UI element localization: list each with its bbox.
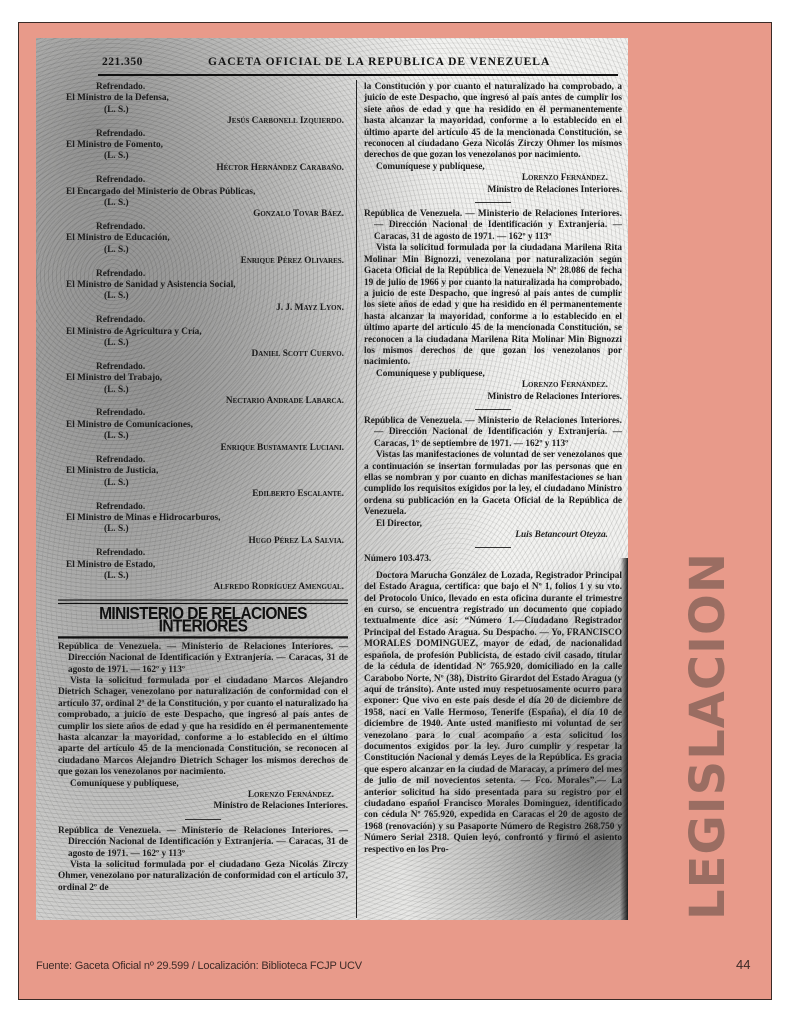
separator [475, 202, 511, 203]
refrendo-signer: Alfredo Rodríguez Amengual. [58, 582, 348, 593]
refrendo-signer: Edilberto Escalante. [58, 489, 348, 500]
gazette-page-number: 221.350 [102, 56, 143, 68]
resolution-3-signer-title: Ministro de Relaciones Interiores. [364, 392, 622, 403]
refrendo-ministry: El Ministro de Agricultura y Cría, [58, 327, 348, 338]
refrendo-signer: Nectario Andrade Labarca. [58, 396, 348, 407]
refrendo-label: Refrendado. [58, 548, 348, 559]
refrendo-block: Refrendado.El Ministro de Agricultura y … [58, 315, 348, 361]
refrendo-label: Refrendado. [58, 315, 348, 326]
refrendo-ministry: El Ministro del Trabajo, [58, 373, 348, 384]
refrendo-label: Refrendado. [58, 175, 348, 186]
refrendo-signer: Daniel Scott Cuervo. [58, 349, 348, 360]
refrendo-signer: J. J. Mayz Lyon. [58, 303, 348, 314]
resolution-1-signer: Lorenzo Fernández. [58, 790, 348, 801]
resolution-3-body: Vista la solicitud formulada por la ciud… [364, 243, 622, 368]
refrendo-signer: Hugo Pérez La Salvia. [58, 536, 348, 547]
refrendo-block: Refrendado.El Encargado del Ministerio d… [58, 175, 348, 221]
gazette-scan: 221.350 GACETA OFICIAL DE LA REPUBLICA D… [36, 38, 628, 920]
refrendo-seal: (L. S.) [58, 478, 348, 489]
refrendo-block: Refrendado.El Ministro de Estado,(L. S.)… [58, 548, 348, 594]
resolution-3-signer: Lorenzo Fernández. [364, 380, 622, 391]
resolution-3-heading: República de Venezuela. — Ministerio de … [364, 209, 622, 243]
resolution-2-heading: República de Venezuela. — Ministerio de … [58, 826, 348, 860]
refrendo-ministry: El Ministro de Educación, [58, 233, 348, 244]
resolution-1-closing: Comuníquese y publíquese, [58, 779, 348, 790]
refrendo-block: Refrendado.El Ministro de Educación,(L. … [58, 222, 348, 268]
refrendo-seal: (L. S.) [58, 291, 348, 302]
certification-body: Doctora Marucha González de Lozada, Regi… [364, 571, 622, 856]
page-number: 44 [736, 957, 750, 972]
refrendo-block: Refrendado.El Ministro de Minas e Hidroc… [58, 502, 348, 548]
refrendo-seal: (L. S.) [58, 105, 348, 116]
refrendo-ministry: El Encargado del Ministerio de Obras Púb… [58, 187, 348, 198]
resolution-3-closing: Comuníquese y publíquese, [364, 369, 622, 380]
refrendo-label: Refrendado. [58, 82, 348, 93]
left-column: Refrendado.El Ministro de la Defensa,(L.… [58, 82, 348, 894]
resolution-4-closing: El Director, [364, 519, 622, 530]
refrendo-label: Refrendado. [58, 269, 348, 280]
refrendo-block: Refrendado.El Ministro de la Defensa,(L.… [58, 82, 348, 128]
separator [475, 547, 511, 548]
resolution-1-body: Vista la solicitud formulada por el ciud… [58, 676, 348, 779]
continuation-closing: Comuníquese y publíquese, [364, 162, 622, 173]
refrendo-label: Refrendado. [58, 408, 348, 419]
separator [185, 819, 221, 820]
refrendo-ministry: El Ministro de Justicia, [58, 466, 348, 477]
separator [475, 409, 511, 410]
refrendo-ministry: El Ministro de Comunicaciones, [58, 420, 348, 431]
refrendo-signer: Jesús Carbonell Izquierdo. [58, 116, 348, 127]
gazette-header: 221.350 GACETA OFICIAL DE LA REPUBLICA D… [98, 52, 618, 76]
refrendo-label: Refrendado. [58, 222, 348, 233]
refrendo-label: Refrendado. [58, 362, 348, 373]
refrendo-label: Refrendado. [58, 455, 348, 466]
refrendo-label: Refrendado. [58, 502, 348, 513]
refrendo-signer: Héctor Hernández Carabaño. [58, 163, 348, 174]
numero-label: Número 103.473. [364, 554, 622, 565]
refrendo-block: Refrendado.El Ministro del Trabajo,(L. S… [58, 362, 348, 408]
refrendo-ministry: El Ministro de Fomento, [58, 140, 348, 151]
refrendos-list: Refrendado.El Ministro de la Defensa,(L.… [58, 82, 348, 594]
refrendo-ministry: El Ministro de Minas e Hidrocarburos, [58, 513, 348, 524]
resolution-4-body: Vistas las manifestaciones de voluntad d… [364, 450, 622, 518]
refrendo-seal: (L. S.) [58, 151, 348, 162]
refrendo-block: Refrendado.El Ministro de Sanidad y Asis… [58, 269, 348, 315]
refrendo-block: Refrendado.El Ministro de Fomento,(L. S.… [58, 129, 348, 175]
refrendo-seal: (L. S.) [58, 431, 348, 442]
resolution-1-heading: República de Venezuela. — Ministerio de … [58, 642, 348, 676]
refrendo-signer: Gonzalo Tovar Báez. [58, 209, 348, 220]
footer-source: Fuente: Gaceta Oficial nº 29.599 / Local… [36, 960, 362, 972]
refrendo-ministry: El Ministro de la Defensa, [58, 93, 348, 104]
continuation-signer-title: Ministro de Relaciones Interiores. [364, 185, 622, 196]
refrendo-ministry: El Ministro de Sanidad y Asistencia Soci… [58, 280, 348, 291]
refrendo-signer: Enrique Pérez Olivares. [58, 256, 348, 267]
scan-shadow [620, 558, 628, 920]
resolution-4-heading: República de Venezuela. — Ministerio de … [364, 416, 622, 450]
refrendo-seal: (L. S.) [58, 385, 348, 396]
refrendo-seal: (L. S.) [58, 338, 348, 349]
gazette-title: GACETA OFICIAL DE LA REPUBLICA DE VENEZU… [208, 56, 550, 68]
refrendo-block: Refrendado.El Ministro de Comunicaciones… [58, 408, 348, 454]
refrendo-seal: (L. S.) [58, 571, 348, 582]
ministry-heading: MINISTERIO DE RELACIONES INTERIORES [58, 599, 348, 638]
continuation-signer: Lorenzo Fernández. [364, 173, 622, 184]
resolution-4-signer: Luis Betancourt Oteyza. [364, 530, 622, 541]
refrendo-seal: (L. S.) [58, 524, 348, 535]
refrendo-signer: Enrique Bustamante Luciani. [58, 443, 348, 454]
continuation-body: la Constitución y por cuanto el naturali… [364, 82, 622, 162]
resolution-1-signer-title: Ministro de Relaciones Interiores. [58, 801, 348, 812]
refrendo-seal: (L. S.) [58, 245, 348, 256]
column-divider [356, 80, 357, 918]
refrendo-label: Refrendado. [58, 129, 348, 140]
refrendo-ministry: El Ministro de Estado, [58, 560, 348, 571]
resolution-2-body: Vista la solicitud formulada por el ciud… [58, 860, 348, 894]
right-column: la Constitución y por cuanto el naturali… [364, 82, 622, 856]
section-title: LEGISLACION [680, 552, 736, 920]
refrendo-block: Refrendado.El Ministro de Justicia,(L. S… [58, 455, 348, 501]
refrendo-seal: (L. S.) [58, 198, 348, 209]
